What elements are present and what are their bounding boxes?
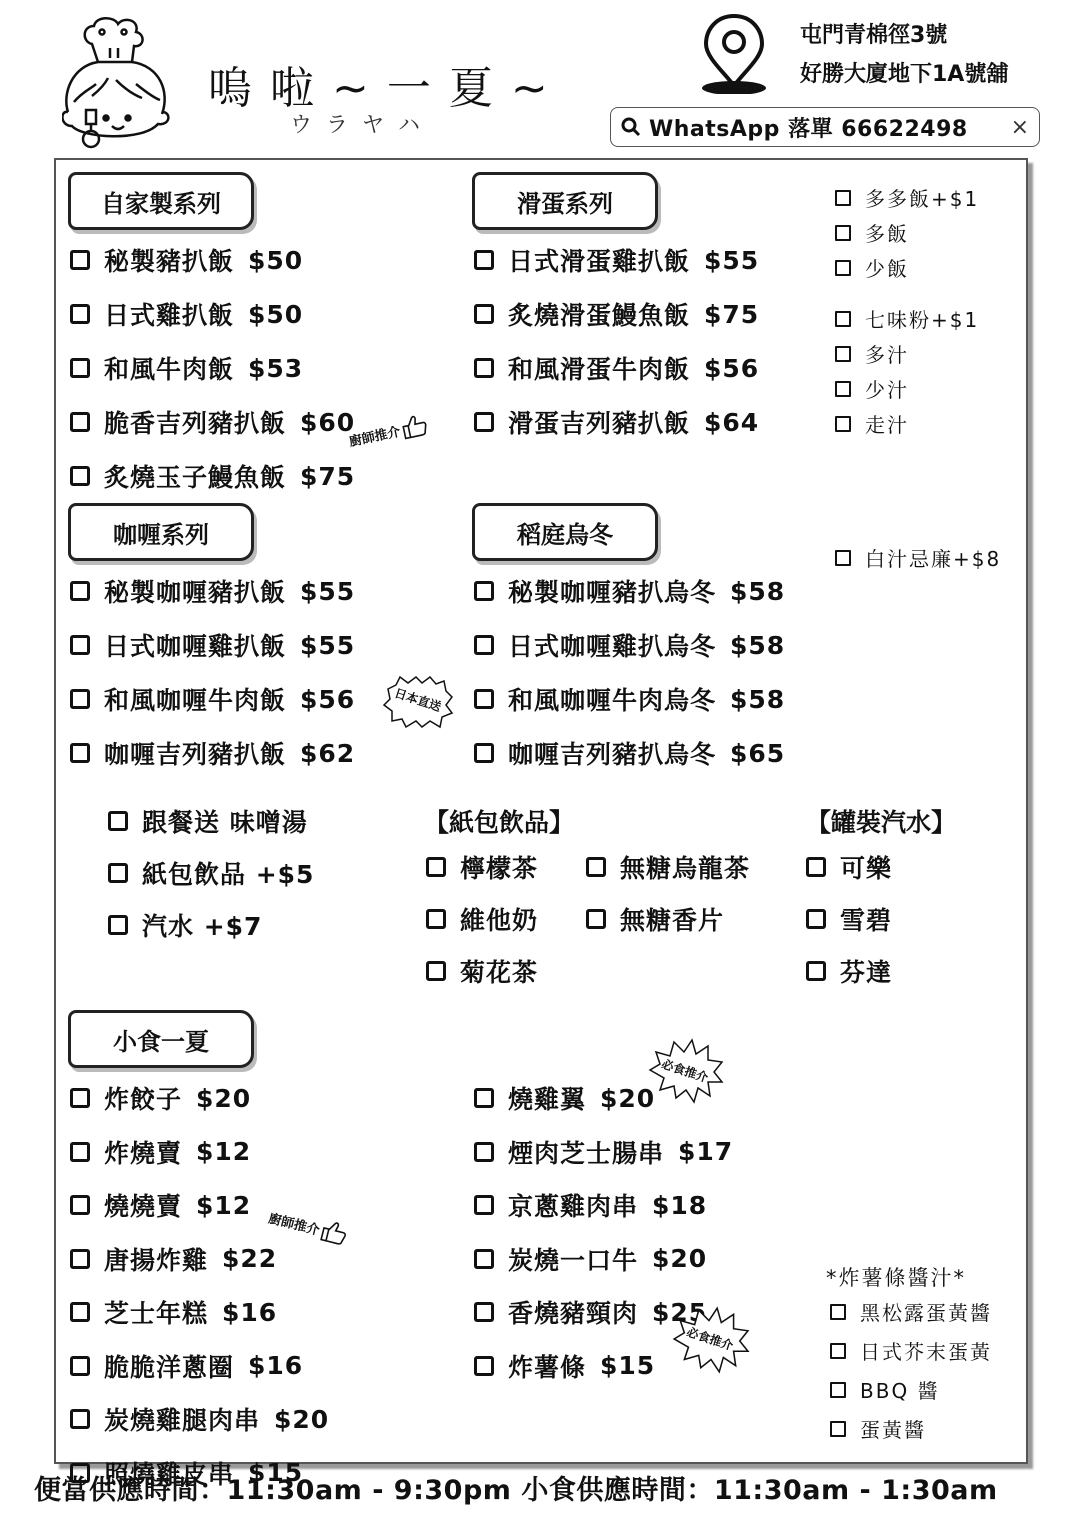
menu-item[interactable]: 秘製咖喱豬扒烏冬$58 xyxy=(474,573,785,609)
checkbox[interactable] xyxy=(474,250,494,270)
section-title-udon: 稻庭烏冬 xyxy=(472,503,658,561)
checkbox[interactable] xyxy=(474,1302,494,1322)
homemade-list: 秘製豬扒飯$50 日式雞扒飯$50 和風牛肉飯$53 脆香吉列豬扒飯$60 炙燒… xyxy=(70,242,355,494)
checkbox[interactable] xyxy=(474,581,494,601)
section-title-snacks: 小食一夏 xyxy=(68,1010,254,1068)
fries-sauce-title: *炸薯條醬汁* xyxy=(826,1262,966,1292)
menu-item[interactable]: 和風咖喱牛肉飯$56 xyxy=(70,681,355,717)
paper-pack-col2: 無糖烏龍茶 無糖香片 xyxy=(586,849,750,937)
checkbox[interactable] xyxy=(70,1195,90,1215)
rice-options: 多多飯+$1 多飯 少飯 xyxy=(835,183,979,282)
drink-item[interactable]: 無糖烏龍茶 xyxy=(586,849,750,885)
combo-item[interactable]: 紙包飲品 +$5 xyxy=(108,855,314,891)
combo-item[interactable]: 汽水 +$7 xyxy=(108,907,314,943)
checkbox[interactable] xyxy=(108,811,128,831)
checkbox[interactable] xyxy=(835,190,851,206)
checkbox[interactable] xyxy=(830,1304,846,1320)
checkbox[interactable] xyxy=(70,1088,90,1108)
address-line-2: 好勝大廈地下1A號舖 xyxy=(800,57,1008,88)
checkbox[interactable] xyxy=(474,743,494,763)
checkbox[interactable] xyxy=(70,635,90,655)
must-eat-badge: 必食推介 xyxy=(670,1306,750,1374)
sauce-options: 七味粉+$1 多汁 少汁 走汁 xyxy=(835,304,979,438)
egg-list: 日式滑蛋雞扒飯$55 炙燒滑蛋鰻魚飯$75 和風滑蛋牛肉飯$56 滑蛋吉列豬扒飯… xyxy=(474,242,759,440)
checkbox[interactable] xyxy=(70,1302,90,1322)
sauce-item[interactable]: 蛋黃醬 xyxy=(830,1414,992,1443)
must-eat-badge: 必食推介 xyxy=(646,1038,724,1104)
checkbox[interactable] xyxy=(830,1343,846,1359)
checkbox[interactable] xyxy=(474,304,494,324)
sauce-item[interactable]: BBQ 醬 xyxy=(830,1375,992,1404)
option-item[interactable]: 多多飯+$1 xyxy=(835,183,979,212)
checkbox[interactable] xyxy=(835,311,851,327)
option-item[interactable]: 少飯 xyxy=(835,253,979,282)
checkbox[interactable] xyxy=(70,1356,90,1376)
checkbox[interactable] xyxy=(474,1088,494,1108)
checkbox[interactable] xyxy=(806,909,826,929)
checkbox[interactable] xyxy=(70,466,90,486)
checkbox[interactable] xyxy=(474,412,494,432)
menu-item[interactable]: 日式滑蛋雞扒飯$55 xyxy=(474,242,759,278)
menu-item[interactable]: 京蔥雞肉串$18 xyxy=(474,1187,733,1223)
checkbox[interactable] xyxy=(806,961,826,981)
drink-item[interactable]: 檸檬茶 xyxy=(426,849,538,885)
combo-item[interactable]: 跟餐送 味噌湯 xyxy=(108,803,314,839)
menu-item[interactable]: 和風滑蛋牛肉飯$56 xyxy=(474,350,759,386)
udon-list: 秘製咖喱豬扒烏冬$58 日式咖喱雞扒烏冬$58 和風咖喱牛肉烏冬$58 咖喱吉列… xyxy=(474,573,785,771)
canned-drinks-list: 可樂 雪碧 芬達 xyxy=(806,849,892,989)
menu-item[interactable]: 唐揚炸雞$22 xyxy=(70,1241,329,1277)
option-item[interactable]: 白汁忌廉+$8 xyxy=(835,543,1001,572)
drink-item[interactable]: 芬達 xyxy=(806,953,892,989)
menu-item[interactable]: 炭燒一口牛$20 xyxy=(474,1241,733,1277)
checkbox[interactable] xyxy=(426,857,446,877)
menu-item[interactable]: 和風牛肉飯$53 xyxy=(70,350,355,386)
canned-drinks-title: 【罐裝汽水】 xyxy=(806,803,956,839)
checkbox[interactable] xyxy=(835,381,851,397)
section-title-homemade: 自家製系列 xyxy=(68,172,254,230)
checkbox[interactable] xyxy=(586,857,606,877)
menu-item[interactable]: 和風咖喱牛肉烏冬$58 xyxy=(474,681,785,717)
checkbox[interactable] xyxy=(474,1195,494,1215)
option-item[interactable]: 多飯 xyxy=(835,218,979,247)
section-title-egg: 滑蛋系列 xyxy=(472,172,658,230)
menu-item[interactable]: 日式咖喱雞扒烏冬$58 xyxy=(474,627,785,663)
menu-item[interactable]: 芝士年糕$16 xyxy=(70,1294,329,1330)
menu-item[interactable]: 秘製咖喱豬扒飯$55 xyxy=(70,573,355,609)
checkbox[interactable] xyxy=(586,909,606,929)
udon-extra-options: 白汁忌廉+$8 xyxy=(835,543,1001,572)
menu-item[interactable]: 日式咖喱雞扒飯$55 xyxy=(70,627,355,663)
checkbox[interactable] xyxy=(108,915,128,935)
whatsapp-order-bar[interactable]: WhatsApp 落單 66622498 × xyxy=(610,107,1040,147)
checkbox[interactable] xyxy=(830,1421,846,1437)
option-item[interactable]: 走汁 xyxy=(835,409,979,438)
checkbox[interactable] xyxy=(806,857,826,877)
drink-item[interactable]: 雪碧 xyxy=(806,901,892,937)
address-line-1: 屯門青棉徑3號 xyxy=(800,18,947,49)
checkbox[interactable] xyxy=(70,743,90,763)
menu-item[interactable]: 炙燒玉子鰻魚飯$75 xyxy=(70,458,355,494)
checkbox[interactable] xyxy=(474,358,494,378)
checkbox[interactable] xyxy=(70,581,90,601)
menu-item[interactable]: 脆脆洋蔥圈$16 xyxy=(70,1348,329,1384)
checkbox[interactable] xyxy=(426,961,446,981)
checkbox[interactable] xyxy=(70,1142,90,1162)
menu-item[interactable]: 秘製豬扒飯$50 xyxy=(70,242,355,278)
checkbox[interactable] xyxy=(835,416,851,432)
option-item[interactable]: 多汁 xyxy=(835,339,979,368)
paper-pack-col1: 檸檬茶 維他奶 菊花茶 xyxy=(426,849,538,989)
menu-item[interactable]: 日式雞扒飯$50 xyxy=(70,296,355,332)
checkbox[interactable] xyxy=(70,304,90,324)
drink-item[interactable]: 菊花茶 xyxy=(426,953,538,989)
checkbox[interactable] xyxy=(474,1356,494,1376)
menu-item[interactable]: 煙肉芝士腸串$17 xyxy=(474,1134,733,1170)
menu-item[interactable]: 炭燒雞腿肉串$20 xyxy=(70,1401,329,1437)
checkbox[interactable] xyxy=(474,1142,494,1162)
menu-item[interactable]: 炙燒滑蛋鰻魚飯$75 xyxy=(474,296,759,332)
whatsapp-order-text: WhatsApp 落單 66622498 xyxy=(649,112,1003,143)
menu-item[interactable]: 滑蛋吉列豬扒飯$64 xyxy=(474,404,759,440)
checkbox[interactable] xyxy=(70,250,90,270)
sauce-item[interactable]: 日式芥末蛋黃 xyxy=(830,1336,992,1365)
menu-item[interactable]: 咖喱吉列豬扒烏冬$65 xyxy=(474,735,785,771)
option-item[interactable]: 七味粉+$1 xyxy=(835,304,979,333)
combo-options: 跟餐送 味噌湯 紙包飲品 +$5 汽水 +$7 xyxy=(108,803,314,943)
checkbox[interactable] xyxy=(70,412,90,432)
checkbox[interactable] xyxy=(426,909,446,929)
menu-item[interactable]: 炸燒賣$12 xyxy=(70,1134,329,1170)
checkbox[interactable] xyxy=(474,635,494,655)
option-item[interactable]: 少汁 xyxy=(835,374,979,403)
checkbox[interactable] xyxy=(835,346,851,362)
drink-item[interactable]: 無糖香片 xyxy=(586,901,750,937)
menu-item[interactable]: 脆香吉列豬扒飯$60 xyxy=(70,404,355,440)
menu-item[interactable]: 咖喱吉列豬扒飯$62 xyxy=(70,735,355,771)
checkbox[interactable] xyxy=(835,260,851,276)
curry-list: 秘製咖喱豬扒飯$55 日式咖喱雞扒飯$55 和風咖喱牛肉飯$56 咖喱吉列豬扒飯… xyxy=(70,573,355,771)
menu-item[interactable]: 炸餃子$20 xyxy=(70,1080,329,1116)
checkbox[interactable] xyxy=(830,1382,846,1398)
section-title-curry: 咖喱系列 xyxy=(68,503,254,561)
checkbox[interactable] xyxy=(70,1249,90,1269)
checkbox[interactable] xyxy=(835,550,851,566)
search-icon xyxy=(621,117,641,137)
checkbox[interactable] xyxy=(70,1409,90,1429)
checkbox[interactable] xyxy=(108,863,128,883)
close-icon[interactable]: × xyxy=(1011,115,1029,140)
checkbox[interactable] xyxy=(835,225,851,241)
paper-pack-title: 【紙包飲品】 xyxy=(424,803,574,839)
snacks-left-list: 炸餃子$20 炸燒賣$12 燒燒賣$12 唐揚炸雞$22 芝士年糕$16 脆脆洋… xyxy=(70,1080,329,1491)
drink-item[interactable]: 可樂 xyxy=(806,849,892,885)
checkbox[interactable] xyxy=(70,689,90,709)
location-pin-icon xyxy=(698,12,770,94)
drink-item[interactable]: 維他奶 xyxy=(426,901,538,937)
chef-logo-icon xyxy=(62,14,172,152)
opening-hours: 便當供應時間：11:30am - 9:30pm 小食供應時間：11:30am -… xyxy=(34,1468,998,1507)
checkbox[interactable] xyxy=(474,689,494,709)
restaurant-name: 嗚啦~一夏~ xyxy=(208,52,566,116)
checkbox[interactable] xyxy=(474,1249,494,1269)
fries-sauce-list: 黑松露蛋黃醬 日式芥末蛋黃 BBQ 醬 蛋黃醬 xyxy=(830,1297,992,1443)
sauce-item[interactable]: 黑松露蛋黃醬 xyxy=(830,1297,992,1326)
checkbox[interactable] xyxy=(70,358,90,378)
japan-import-badge: 日本直送 xyxy=(382,675,454,729)
restaurant-subtitle: ウラヤハ xyxy=(290,108,434,139)
